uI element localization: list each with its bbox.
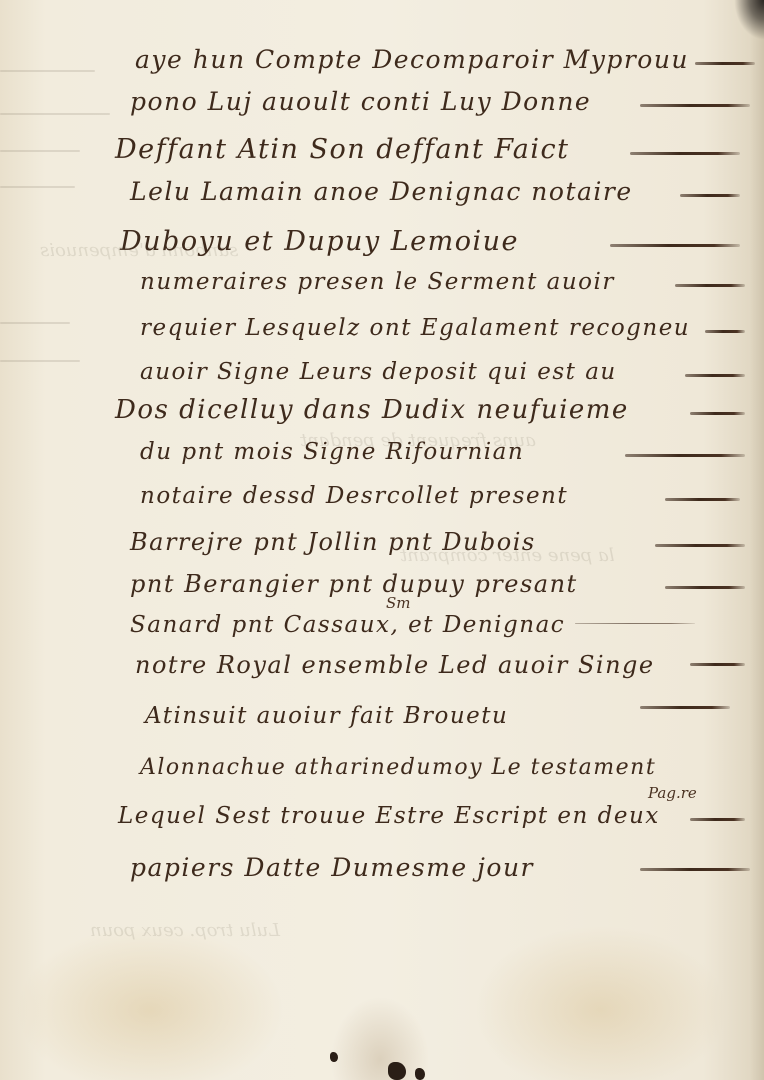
line-filler-stroke xyxy=(685,374,745,377)
page-corner-shadow xyxy=(734,0,764,40)
manuscript-line: Duboyu et Dupuy Lemoiue xyxy=(0,222,764,262)
manuscript-line: notaire dessd Desrcollet present xyxy=(0,476,764,516)
manuscript-line: pono Luj auoult conti Luy Donne xyxy=(0,82,764,122)
manuscript-line: numeraires presen le Serment auoir xyxy=(0,262,764,302)
line-text: Alonnachue atharinedumoy Le testament xyxy=(140,748,656,788)
line-text: Dos dicelluy dans Dudix neufuieme xyxy=(115,390,629,430)
line-filler-stroke xyxy=(675,284,745,287)
line-text: pnt Berangier pnt dupuy presant xyxy=(130,564,578,604)
line-text: Lelu Lamain anoe Denignac notaire xyxy=(130,172,633,212)
manuscript-line: Lelu Lamain anoe Denignac notaire xyxy=(0,172,764,212)
line-filler-stroke xyxy=(695,62,755,65)
line-text: Lequel Sest trouue Estre Escript en deux xyxy=(118,796,660,836)
line-filler-stroke xyxy=(640,104,750,107)
line-filler-stroke xyxy=(665,586,745,589)
superscript-annotation: Sm xyxy=(386,594,411,612)
ink-stain xyxy=(388,1062,406,1080)
manuscript-line: Alonnachue atharinedumoy Le testament xyxy=(0,748,764,788)
line-text: Deffant Atin Son deffant Faict xyxy=(115,130,570,170)
line-text: Sanard pnt Cassaux, et Denignac xyxy=(130,605,565,645)
line-filler-stroke xyxy=(575,623,695,624)
line-filler-stroke xyxy=(690,663,745,666)
manuscript-line: requier Lesquelz ont Egalament recogneu xyxy=(0,308,764,348)
line-filler-stroke xyxy=(690,412,745,415)
manuscript-line: du pnt mois Signe Rifournian xyxy=(0,432,764,472)
line-text: notre Royal ensemble Led auoir Singe xyxy=(135,645,655,685)
manuscript-line: Barrejre pnt Jollin pnt Dubois xyxy=(0,522,764,562)
bleed-through-text: Lulu trop. ceux poun xyxy=(90,920,280,941)
line-text: Atinsuit auoiur fait Brouetu xyxy=(145,696,508,736)
manuscript-line: notre Royal ensemble Led auoir Singe xyxy=(0,645,764,685)
line-text: auoir Signe Leurs deposit qui est au xyxy=(140,352,617,392)
line-filler-stroke xyxy=(610,244,740,247)
manuscript-line: pnt Berangier pnt dupuy presant xyxy=(0,564,764,604)
line-filler-stroke xyxy=(690,818,745,821)
manuscript-line: Sanard pnt Cassaux, et Denignac xyxy=(0,605,764,645)
line-text: numeraires presen le Serment auoir xyxy=(140,262,615,302)
line-text: aye hun Compte Decomparoir Myprouu xyxy=(135,40,689,80)
line-text: Duboyu et Dupuy Lemoiue xyxy=(120,222,519,262)
line-filler-stroke xyxy=(625,454,745,457)
manuscript-line: Atinsuit auoiur fait Brouetu xyxy=(0,696,764,736)
line-filler-stroke xyxy=(680,194,740,197)
ink-stain xyxy=(415,1068,425,1080)
line-filler-stroke xyxy=(640,868,750,871)
ink-stain xyxy=(330,1052,338,1062)
line-text: papiers Datte Dumesme jour xyxy=(130,848,534,888)
line-filler-stroke xyxy=(705,330,745,333)
manuscript-line: Dos dicelluy dans Dudix neufuieme xyxy=(0,390,764,430)
manuscript-line: Deffant Atin Son deffant Faict xyxy=(0,130,764,170)
line-filler-stroke xyxy=(640,706,730,709)
line-filler-stroke xyxy=(630,152,740,155)
manuscript-line: Lequel Sest trouue Estre Escript en deux xyxy=(0,796,764,836)
manuscript-line: aye hun Compte Decomparoir Myprouu xyxy=(0,40,764,80)
manuscript-line: auoir Signe Leurs deposit qui est au xyxy=(0,352,764,392)
line-text: notaire dessd Desrcollet present xyxy=(140,476,568,516)
line-filler-stroke xyxy=(665,498,740,501)
line-text: requier Lesquelz ont Egalament recogneu xyxy=(140,308,690,348)
line-filler-stroke xyxy=(655,544,745,547)
line-text: Barrejre pnt Jollin pnt Dubois xyxy=(130,522,536,562)
manuscript-page: sanbonn d'empenuois auns frequent de pen… xyxy=(0,0,764,1080)
line-text: pono Luj auoult conti Luy Donne xyxy=(130,82,591,122)
manuscript-line: papiers Datte Dumesme jour xyxy=(0,848,764,888)
line-text: du pnt mois Signe Rifournian xyxy=(140,432,524,472)
